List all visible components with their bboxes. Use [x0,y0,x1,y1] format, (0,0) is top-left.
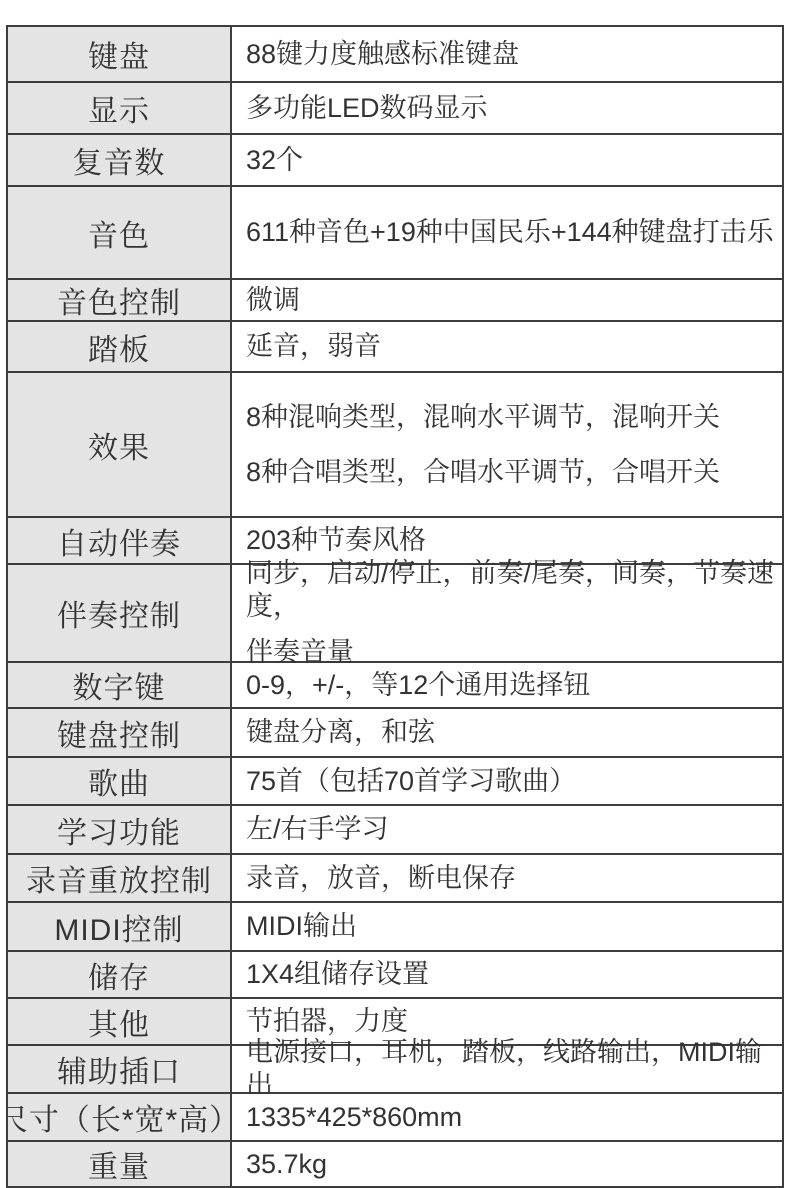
row-value-cell: 88键力度触感标准键盘 [232,27,782,81]
row-label-cell: 辅助插口 [8,1046,232,1092]
row-label-cell: 数字键 [8,663,232,707]
row-value-cell: 32个 [232,135,782,185]
row-value-cell: 75首（包括70首学习歌曲） [232,758,782,804]
row-value-cell: 键盘分离，和弦 [232,709,782,756]
table-row: 伴奏控制 同步，启动/停止，前奏/尾奏，间奏，节奏速度， 伴奏音量 [8,563,782,661]
value-line: 同步，启动/停止，前奏/尾奏，间奏，节奏速度， [246,557,776,623]
spec-table: 键盘 88键力度触感标准键盘 显示 多功能LED数码显示 复音数 32个 音色 … [6,25,784,1188]
row-value-cell: 611种音色+19种中国民乐+144种键盘打击乐 [232,187,782,278]
table-row: 键盘控制 键盘分离，和弦 [8,707,782,756]
table-row: 音色控制 微调 [8,278,782,320]
row-value-cell: MIDI输出 [232,903,782,950]
row-value-cell: 延音，弱音 [232,322,782,371]
value-line: 8种混响类型，混响水平调节，混响开关 [246,401,776,434]
value-line: 8种合唱类型，合唱水平调节，合唱开关 [246,456,776,489]
table-row: MIDI控制 MIDI输出 [8,901,782,950]
row-value-cell: 8种混响类型，混响水平调节，混响开关 8种合唱类型，合唱水平调节，合唱开关 [232,373,782,516]
table-row: 尺寸（长*宽*高） 1335*425*860mm [8,1092,782,1140]
table-row: 歌曲 75首（包括70首学习歌曲） [8,756,782,804]
table-row: 录音重放控制 录音，放音，断电保存 [8,853,782,901]
table-row: 音色 611种音色+19种中国民乐+144种键盘打击乐 [8,185,782,278]
table-row: 重量 35.7kg [8,1140,782,1186]
table-row: 复音数 32个 [8,133,782,185]
row-label-cell: 键盘 [8,27,232,81]
row-label-cell: 显示 [8,83,232,133]
row-value-cell: 35.7kg [232,1142,782,1186]
table-row: 学习功能 左/右手学习 [8,804,782,853]
row-value-cell: 电源接口，耳机，踏板，线路输出，MIDI输出 [232,1046,782,1092]
row-label-cell: 音色控制 [8,280,232,320]
table-row: 键盘 88键力度触感标准键盘 [8,27,782,81]
row-value-cell: 同步，启动/停止，前奏/尾奏，间奏，节奏速度， 伴奏音量 [232,565,782,661]
row-label-cell: 学习功能 [8,806,232,853]
table-row: 效果 8种混响类型，混响水平调节，混响开关 8种合唱类型，合唱水平调节，合唱开关 [8,371,782,516]
row-label-cell: 重量 [8,1142,232,1186]
row-label-cell: 键盘控制 [8,709,232,756]
row-value-cell: 1335*425*860mm [232,1094,782,1140]
row-label-cell: 踏板 [8,322,232,371]
row-label-cell: 歌曲 [8,758,232,804]
row-label-cell: 自动伴奏 [8,518,232,563]
table-row: 数字键 0-9，+/-，等12个通用选择钮 [8,661,782,707]
table-row: 显示 多功能LED数码显示 [8,81,782,133]
row-value-cell: 0-9，+/-，等12个通用选择钮 [232,663,782,707]
row-label-cell: 储存 [8,952,232,997]
row-label-cell: 效果 [8,373,232,516]
row-label-cell: MIDI控制 [8,903,232,950]
row-label-cell: 伴奏控制 [8,565,232,661]
row-label-cell: 复音数 [8,135,232,185]
row-label-cell: 其他 [8,999,232,1044]
row-label-cell: 尺寸（长*宽*高） [8,1094,232,1140]
row-value-cell: 微调 [232,280,782,320]
table-row: 踏板 延音，弱音 [8,320,782,371]
row-label-cell: 录音重放控制 [8,855,232,901]
table-row: 辅助插口 电源接口，耳机，踏板，线路输出，MIDI输出 [8,1044,782,1092]
spec-page: 键盘 88键力度触感标准键盘 显示 多功能LED数码显示 复音数 32个 音色 … [0,0,790,1188]
table-row: 储存 1X4组储存设置 [8,950,782,997]
row-value-cell: 录音，放音，断电保存 [232,855,782,901]
table-row: 自动伴奏 203种节奏风格 [8,516,782,563]
row-value-cell: 多功能LED数码显示 [232,83,782,133]
row-value-cell: 1X4组储存设置 [232,952,782,997]
row-label-cell: 音色 [8,187,232,278]
row-value-cell: 左/右手学习 [232,806,782,853]
